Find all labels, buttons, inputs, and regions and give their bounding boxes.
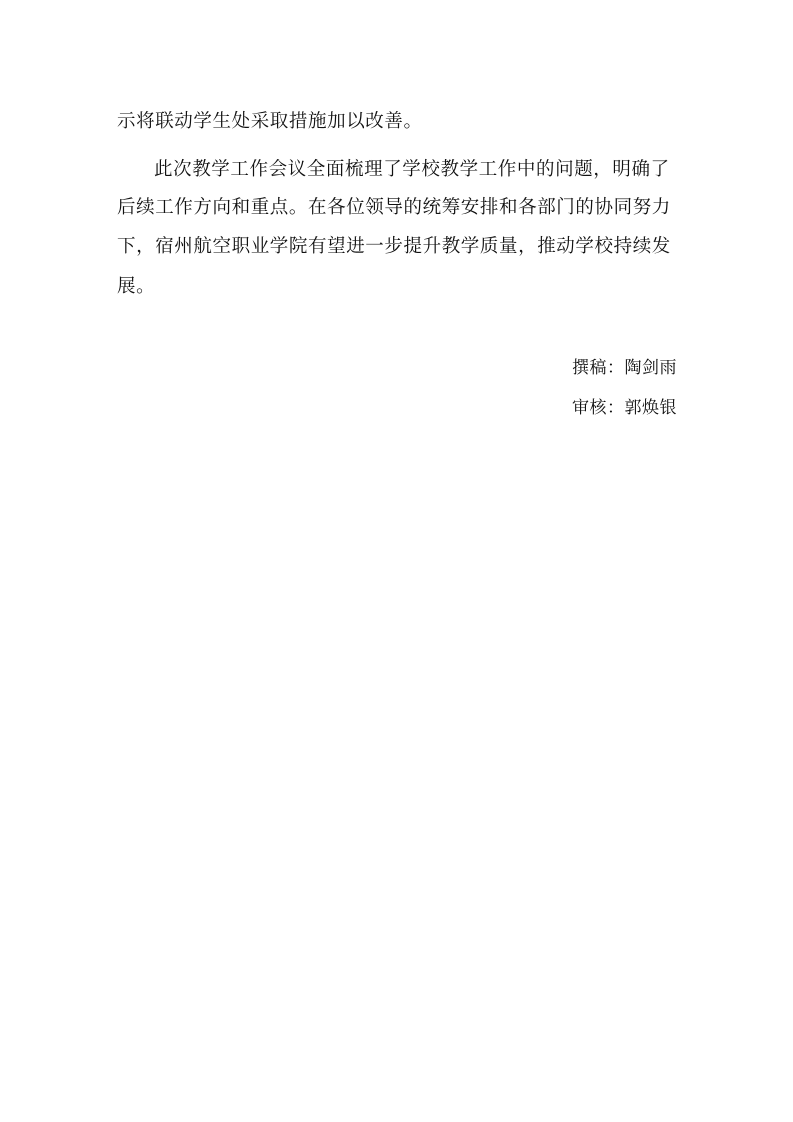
reviewer-signature: 审核：郭焕银 (572, 397, 677, 419)
author-signature: 撰稿：陶剑雨 (572, 357, 677, 379)
paragraph-line: 展。 (117, 275, 677, 299)
paragraph-line: 后续工作方向和重点。在各位领导的统筹安排和各部门的协同努力 (117, 196, 677, 220)
paragraph-line: 此次教学工作会议全面梳理了学校教学工作中的问题，明确了 (154, 158, 677, 182)
paragraph-line: 示将联动学生处采取措施加以改善。 (117, 110, 677, 134)
document-page: 示将联动学生处采取措施加以改善。 此次教学工作会议全面梳理了学校教学工作中的问题… (0, 0, 793, 1122)
paragraph-line: 下，宿州航空职业学院有望进一步提升教学质量，推动学校持续发 (117, 235, 677, 259)
